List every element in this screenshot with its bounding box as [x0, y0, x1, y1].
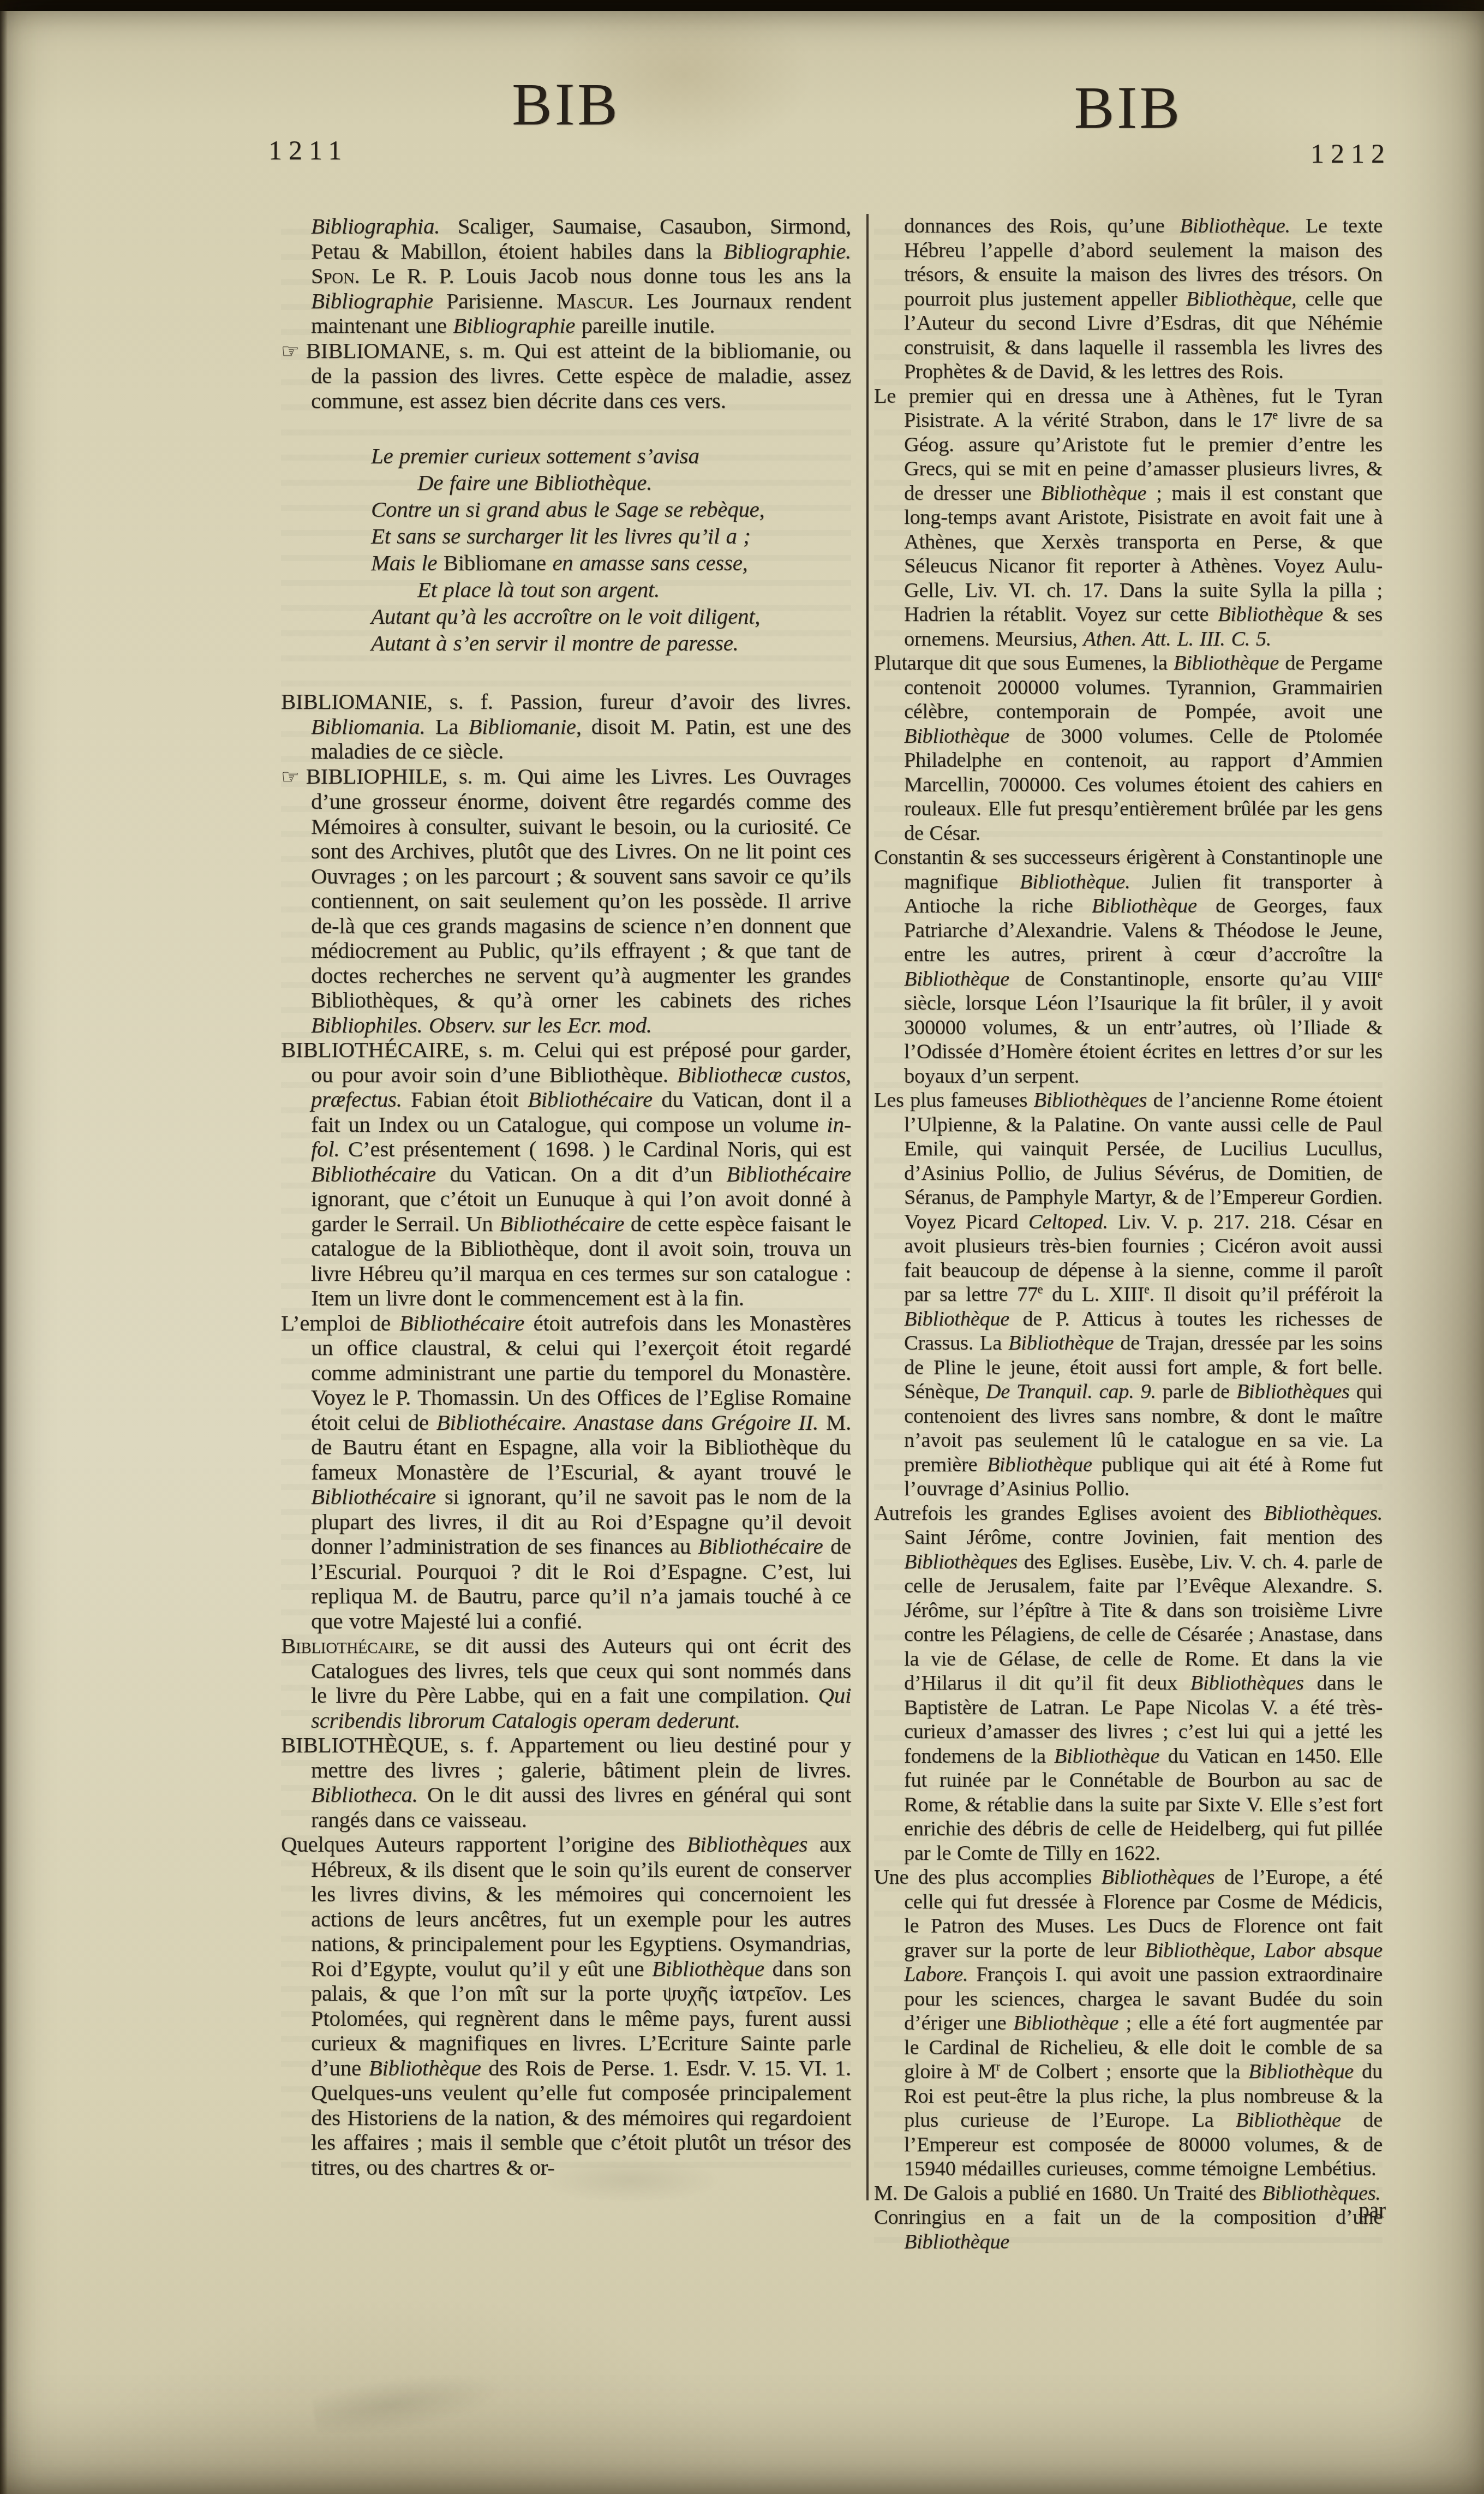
- page-number-right: 1212: [1277, 138, 1391, 169]
- para-plutarque: Plutarque dit que sous Eumenes, la Bibli…: [874, 651, 1383, 845]
- verse-line: Le premier curieux sottement s’avisa: [371, 443, 851, 469]
- entry-bibliothecaire-2: Bibliothécaire, se dit aussi des Auteurs…: [281, 1633, 851, 1733]
- right-column: donnances des Rois, qu’une Bibliothèque.…: [874, 214, 1383, 2254]
- entry-bibliothecaire: BIBLIOTHÉCAIRE, s. m. Celui qui est prép…: [281, 1037, 851, 1311]
- column-divider-rule: [866, 214, 869, 2200]
- para-bibliothecaire-emploi: L’emploi de Bibliothécaire étoit autrefo…: [281, 1311, 851, 1634]
- book-page-scan: 1211 BIB BIB 1212 Bibliographia. Scalige…: [0, 0, 1484, 2494]
- verse-line: Autant qu’à les accroître on le voit dil…: [371, 603, 851, 630]
- manicule-icon: ☞: [281, 339, 300, 363]
- para-origine: Quelques Auteurs rapportent l’origine de…: [281, 1832, 851, 2180]
- entry-bibliotheque: BIBLIOTHÈQUE, s. f. Appartement ou lieu …: [281, 1733, 851, 1832]
- running-head-left: BIB: [281, 70, 851, 139]
- verse-line: Autant à s’en servir il montre de paress…: [371, 630, 851, 657]
- verse-line: Et place là tout son argent.: [371, 576, 851, 603]
- running-head-right: BIB: [874, 73, 1383, 142]
- verse-line: De faire une Bibliothèque.: [371, 469, 851, 496]
- para-bibliographie-cont: Bibliographia. Scaliger, Saumaise, Casau…: [281, 214, 851, 338]
- para-athenes: Le premier qui en dressa une à Athènes, …: [874, 384, 1383, 652]
- para-donnances-cont: donnances des Rois, qu’une Bibliothèque.…: [874, 214, 1383, 384]
- para-eglises: Autrefois les grandes Eglises avoient de…: [874, 1501, 1383, 1866]
- para-europe: Une des plus accomplies Bibliothèques de…: [874, 1865, 1383, 2181]
- entry-bibliomane: ☞BIBLIOMANE, s. m. Qui est atteint de la…: [281, 338, 851, 414]
- manicule-icon: ☞: [281, 765, 300, 789]
- left-column: Bibliographia. Scaliger, Saumaise, Casau…: [281, 214, 851, 2180]
- scan-edge-left: [0, 0, 8, 2494]
- scan-edge-top: [0, 0, 1484, 11]
- verse-bibliomane: Le premier curieux sottement s’avisaDe f…: [371, 443, 851, 657]
- pencil-smudge: [311, 2364, 507, 2442]
- para-rome: Les plus fameuses Bibliothèques de l’anc…: [874, 1088, 1383, 1501]
- verse-line: Mais le Bibliomane en amasse sans cesse,: [371, 550, 851, 576]
- catchword: par: [1298, 2198, 1386, 2223]
- verse-line: Et sans se surcharger lit les livres qu’…: [371, 523, 851, 550]
- verse-line: Contre un si grand abus le Sage se rebèq…: [371, 496, 851, 523]
- para-constantin: Constantin & ses successeurs érigèrent à…: [874, 845, 1383, 1088]
- entry-bibliophile: ☞BIBLIOPHILE, s. m. Qui aime les Livres.…: [281, 764, 851, 1038]
- entry-bibliomanie: BIBLIOMANIE, s. f. Passion, fureur d’avo…: [281, 689, 851, 764]
